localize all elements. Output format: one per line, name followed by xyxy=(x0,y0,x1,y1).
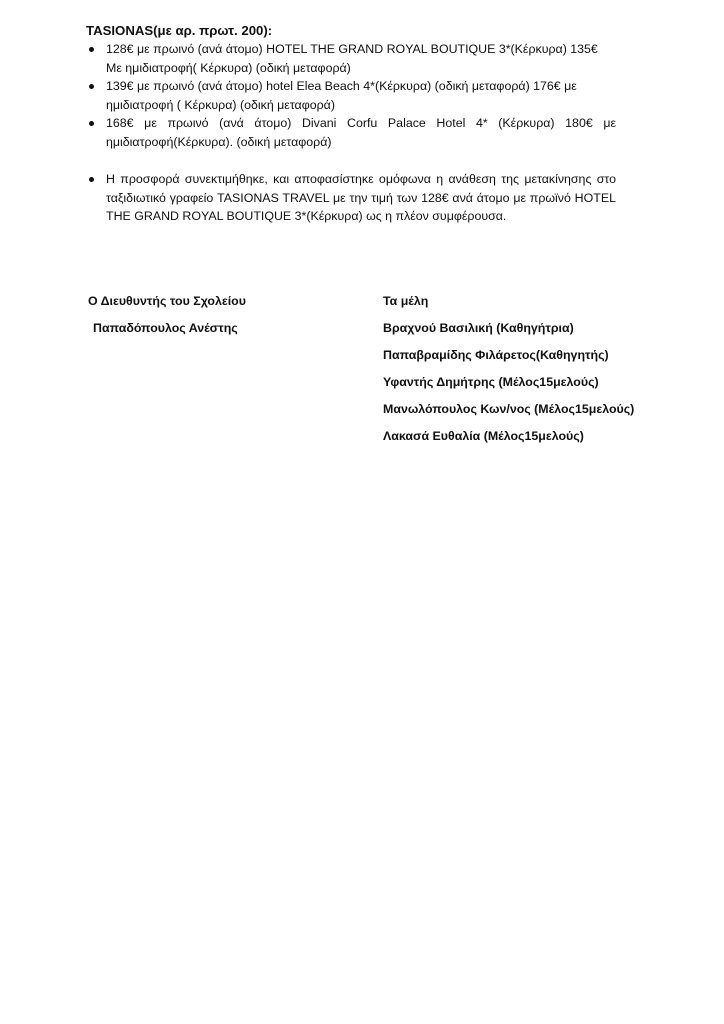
director-name: Παπαδόπουλος Ανέστης xyxy=(93,319,238,337)
bullet-icon xyxy=(89,84,94,89)
offer-text: 128€ με πρωινό (ανά άτομο) HOTEL THE GRA… xyxy=(106,40,616,77)
document-page: TASIONAS(με αρ. πρωτ. 200): 128€ με πρωι… xyxy=(0,0,724,1024)
member-name: Λακασά Ευθαλία (Μέλος15μελούς) xyxy=(383,427,584,445)
offer-text: 139€ με πρωινό (ανά άτομο) hotel Elea Be… xyxy=(106,77,616,114)
member-name: Παπαβραμίδης Φιλάρετος(Καθηγητής) xyxy=(383,346,609,364)
offer-text: 168€ με πρωινό (ανά άτομο) Divani Corfu … xyxy=(106,114,616,151)
bullet-icon xyxy=(89,177,94,182)
decision-item: Η προσφορά συνεκτιμήθηκε, και αποφασίστη… xyxy=(86,170,616,226)
offer-item: 168€ με πρωινό (ανά άτομο) Divani Corfu … xyxy=(86,114,616,151)
offer-item: 128€ με πρωινό (ανά άτομο) HOTEL THE GRA… xyxy=(86,40,616,77)
member-name: Βραχνού Βασιλική (Καθηγήτρια) xyxy=(383,319,574,337)
offer-list: 128€ με πρωινό (ανά άτομο) HOTEL THE GRA… xyxy=(86,40,616,151)
decision-paragraph: Η προσφορά συνεκτιμήθηκε, και αποφασίστη… xyxy=(86,170,616,226)
agency-heading: TASIONAS(με αρ. πρωτ. 200): xyxy=(86,22,272,40)
bullet-icon xyxy=(89,121,94,126)
offer-item: 139€ με πρωινό (ανά άτομο) hotel Elea Be… xyxy=(86,77,616,114)
members-title: Τα μέλη xyxy=(383,292,428,310)
member-name: Υφαντής Δημήτρης (Μέλος15μελούς) xyxy=(383,373,599,391)
member-name: Μανωλόπουλος Κων/νος (Μέλος15μελούς) xyxy=(383,400,634,418)
director-title: Ο Διευθυντής του Σχολείου xyxy=(88,292,246,310)
decision-text: Η προσφορά συνεκτιμήθηκε, και αποφασίστη… xyxy=(106,170,616,226)
bullet-icon xyxy=(89,47,94,52)
